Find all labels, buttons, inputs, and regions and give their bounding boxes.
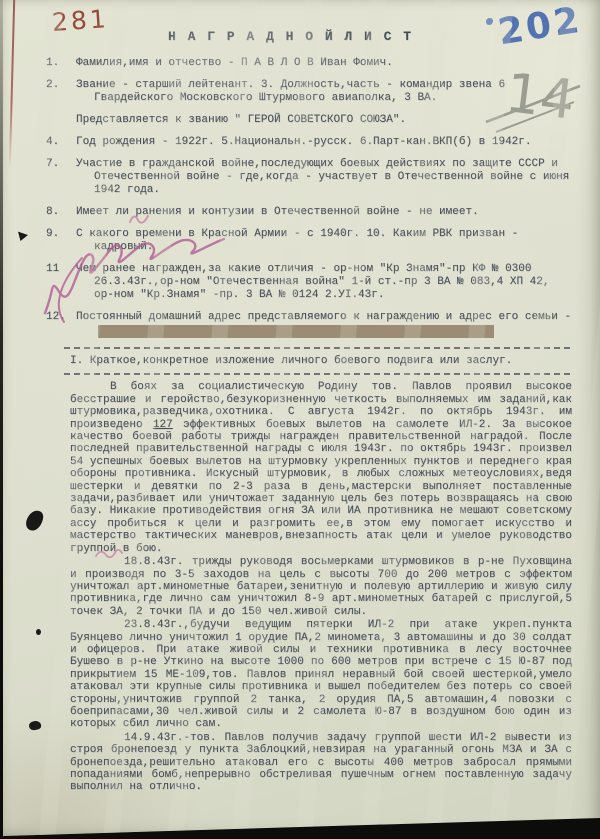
merit-paragraph-23-8-43: 23.8.43г.,будучи ведущим пятерки ИЛ-2 пр… (70, 619, 572, 731)
svg-text:14: 14 (502, 61, 578, 132)
field-text: Фамилия,имя и отчество - П А В Л О В Ива… (76, 57, 393, 69)
purple-signature-scribble (30, 218, 260, 333)
pink-ink-mark (94, 546, 124, 562)
merit-paragraph-18-8-43: 18.8.43г. трижды руководя восьмерками шт… (70, 556, 572, 618)
dashed-divider (64, 373, 570, 375)
sorties-count-underlined: 127 (153, 419, 173, 431)
scan-left-edge (0, 0, 3, 839)
paragraph-text: эффективных боевых вылетов на самолете И… (70, 419, 572, 555)
ink-blot (36, 629, 41, 635)
field-war-participation: 7.Участие в гражданской войне,последующи… (70, 158, 572, 197)
field-text: Представляется к званию " ГЕРОЙ СОВЕТСКО… (76, 114, 406, 126)
field-text: Участие в гражданской войне,последующих … (76, 158, 569, 196)
field-text: Год рождения - 1922г. 5.Национальн.-русс… (76, 136, 531, 148)
document-scan: Н А Г Р А Д Н О Й Л И С Т 1.Фамилия,имя … (0, 0, 600, 839)
field-text: Звание - старший лейтенант. 3. Должность… (76, 79, 505, 104)
paper-sheet: Н А Г Р А Д Н О Й Л И С Т 1.Фамилия,имя … (0, 0, 600, 839)
section-heading: I. Краткое,конкретное изложение личного … (70, 355, 572, 368)
page-number-stamp: 281 (51, 4, 110, 37)
crossed-out-pencil-mark: 14 (478, 48, 588, 143)
pink-ink-mark (128, 210, 152, 228)
dashed-divider (64, 347, 570, 349)
merit-paragraph-14-9-43: 14.9.43г.-тов. Павлов получив задачу гру… (70, 732, 572, 794)
merit-paragraph-overview: В боях за социалистическую Родину тов. П… (70, 381, 572, 555)
